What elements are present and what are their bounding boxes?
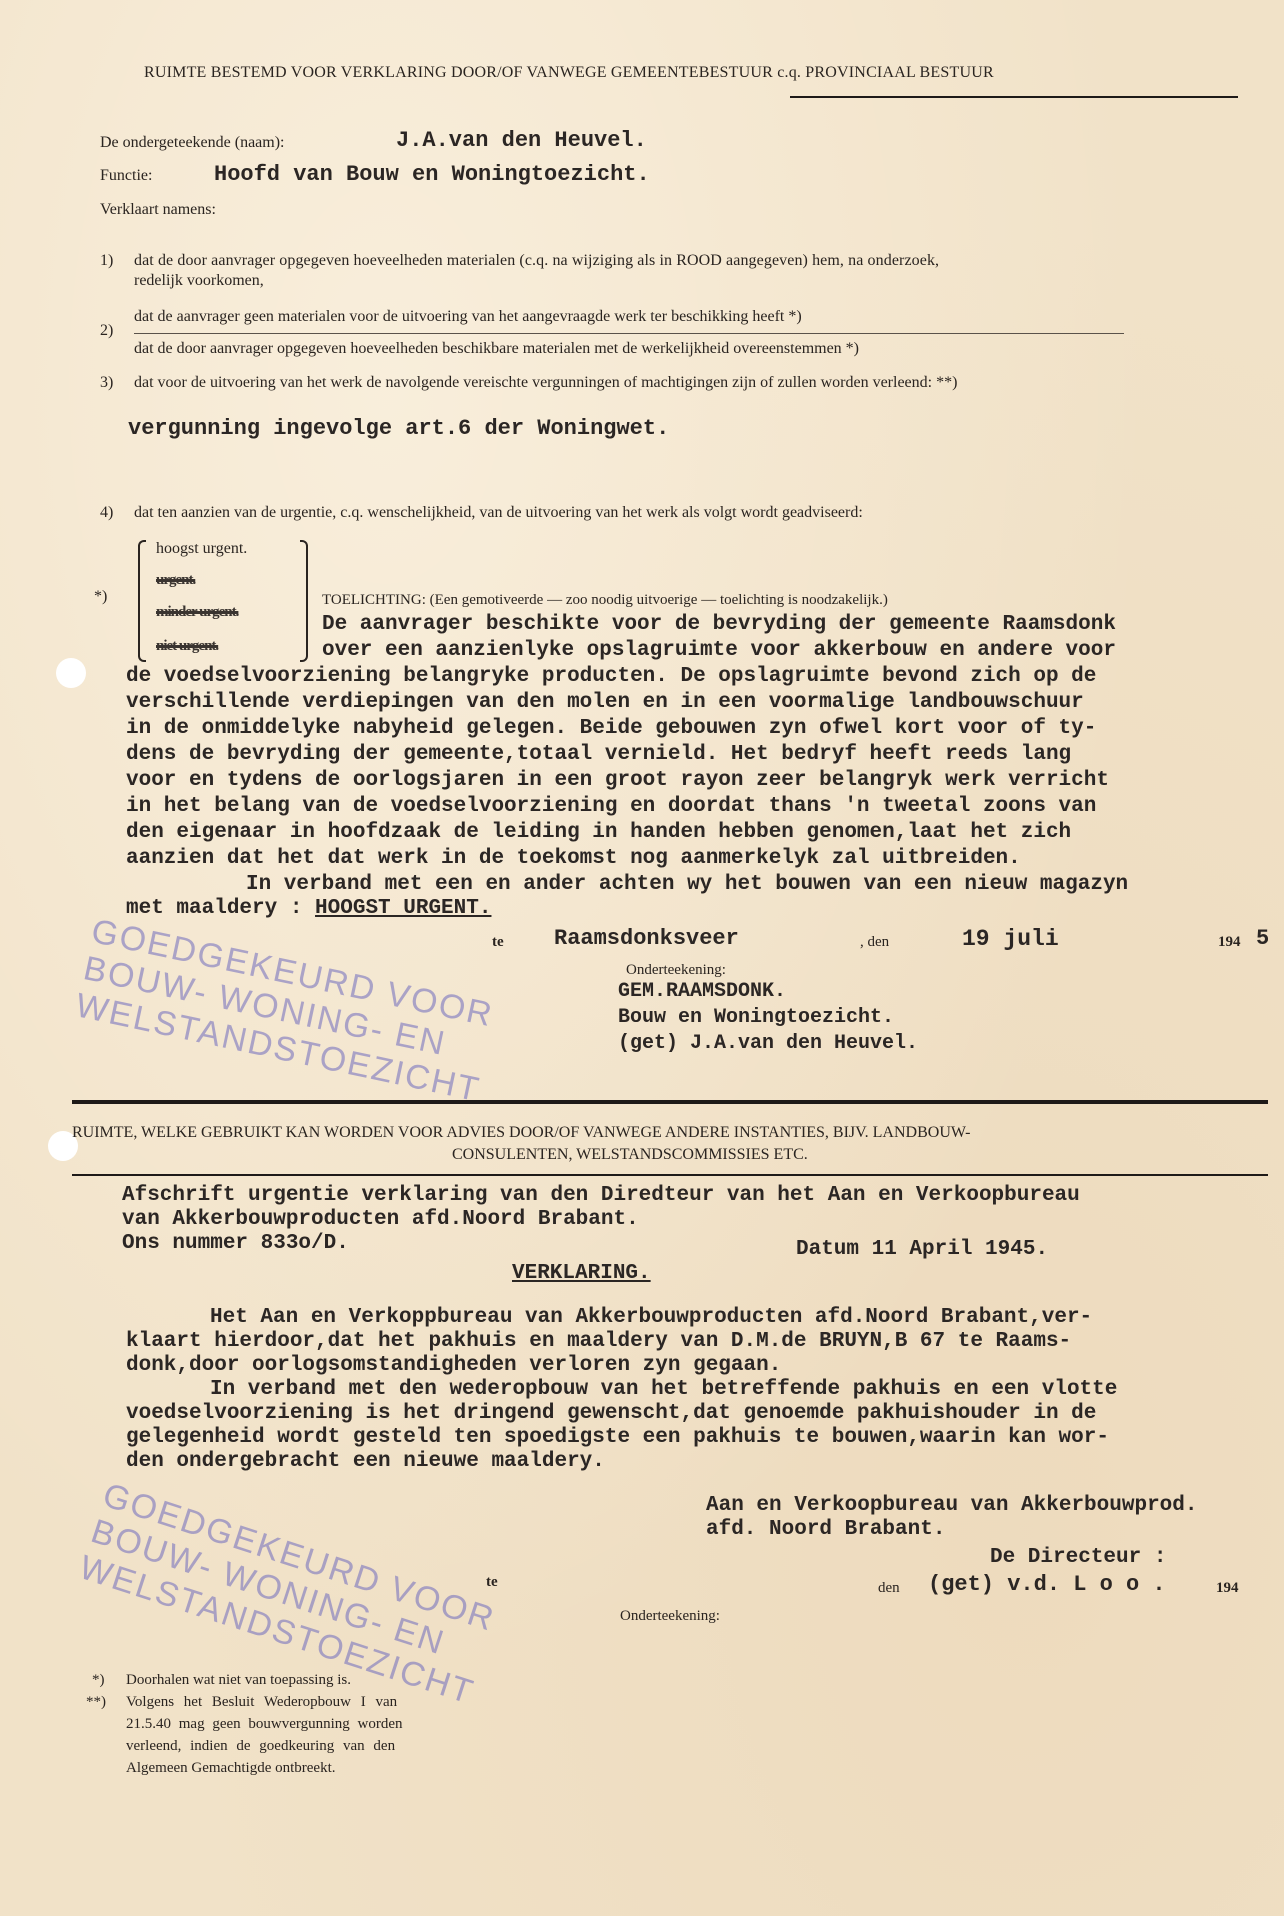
year-suffix: 5 xyxy=(1256,926,1269,951)
letter-date: Datum 11 April 1945. xyxy=(796,1238,1048,1262)
section1-header: RUIMTE BESTEMD VOOR VERKLARING DOOR/OF V… xyxy=(144,64,994,82)
item1-number: 1) xyxy=(100,252,113,270)
reference-number: Ons nummer 833o/D. xyxy=(122,1232,349,1256)
declaration-line: voedselvoorziening is het dringend gewen… xyxy=(126,1402,1096,1426)
urgency-option-less-urgent: minder urgent. xyxy=(156,604,238,620)
footnote-text: Volgens het Besluit Wederopbouw I van xyxy=(126,1694,397,1711)
declaration-line: In verband met den wederopbouw van het b… xyxy=(210,1378,1117,1402)
section-divider xyxy=(72,1100,1268,1104)
header-underline xyxy=(790,96,1238,98)
urgency-option-highest: hoogst urgent. xyxy=(156,540,247,558)
signature-line: GEM.RAAMSDONK. xyxy=(618,980,786,1004)
item4-number: 4) xyxy=(100,504,113,522)
explanation-line: dens de bevryding der gemeente,totaal ve… xyxy=(126,742,1071,768)
place-label-2: te xyxy=(486,1574,498,1591)
urgency-option-not-struck: niet urgent. xyxy=(156,638,218,655)
explanation-line: voor en tydens de oorlogsjaren in een gr… xyxy=(126,768,1109,794)
date-label-2: den xyxy=(878,1580,900,1597)
explanation-line: in het belang van de voedselvoorziening … xyxy=(126,794,1096,820)
explanation-line: de voedselvoorziening belangryke product… xyxy=(126,664,1096,690)
name-value: J.A.van den Heuvel. xyxy=(396,128,647,153)
signature-line: (get) J.A.van den Heuvel. xyxy=(618,1032,918,1056)
footnote-text: Algemeen Gemachtigde ontbreekt. xyxy=(126,1760,336,1777)
copy-intro-line: van Akkerbouwproducten afd.Noord Brabant… xyxy=(122,1208,639,1232)
date-value: 19 juli xyxy=(962,926,1059,952)
section2-header-line2: CONSULENTEN, WELSTANDSCOMMISSIES ETC. xyxy=(452,1146,808,1164)
urgency-option-urgent-struck: urgent. xyxy=(156,572,195,589)
right-brace xyxy=(300,540,308,662)
declaration-line: den ondergebracht een nieuwe maaldery. xyxy=(126,1450,605,1474)
declaration-title: VERKLARING. xyxy=(512,1262,651,1286)
year-prefix-2: 194 xyxy=(1216,1580,1239,1597)
approval-stamp: GOEDGEKEURD VOOR BOUW- WONING- EN WELSTA… xyxy=(72,912,499,1109)
on-behalf-label: Verklaart namens: xyxy=(100,201,216,219)
item1-text-cont: redelijk voorkomen, xyxy=(134,272,264,290)
conclusion-prefix: met maaldery : xyxy=(126,897,315,920)
explanation-line: in de onmiddelyke nabyheid gelegen. Beid… xyxy=(126,716,1096,742)
explanation-line: aanzien dat het dat werk in de toekomst … xyxy=(126,846,1021,872)
explanation-line: verschillende verdiepingen van den molen… xyxy=(126,690,1084,716)
explanation-line: den eigenaar in hoofdzaak de leiding in … xyxy=(126,820,1071,846)
footnote-marker: **) xyxy=(86,1694,106,1711)
place-label: te xyxy=(492,934,504,951)
footnote-text: Doorhalen wat niet van toepassing is. xyxy=(126,1672,351,1689)
item1-text: dat de door aanvrager opgegeven hoeveelh… xyxy=(134,252,939,270)
footnote-text: verleend, indien de goedkeuring van den xyxy=(126,1738,395,1755)
copy-intro-line: Afschrift urgentie verklaring van den Di… xyxy=(122,1184,1080,1208)
date-label: , den xyxy=(860,934,889,951)
item3-number: 3) xyxy=(100,374,113,392)
function-label: Functie: xyxy=(100,167,152,185)
function-value: Hoofd van Bouw en Woningtoezicht. xyxy=(214,162,650,187)
declaration-line: Het Aan en Verkoppbureau van Akkerbouwpr… xyxy=(210,1306,1092,1330)
item4-text: dat ten aanzien van de urgentie, c.q. we… xyxy=(134,504,863,522)
explanation-line: In verband met een en ander achten wy he… xyxy=(246,872,1128,898)
place-value: Raamsdonksveer xyxy=(554,926,739,951)
conclusion-value: HOOGST URGENT. xyxy=(315,897,491,920)
item2-option-b: dat de door aanvrager opgegeven hoeveelh… xyxy=(134,340,859,358)
left-brace xyxy=(138,540,146,662)
item2-divider xyxy=(134,333,1124,334)
sender-line: afd. Noord Brabant. xyxy=(706,1518,945,1542)
director-signature: (get) v.d. L o o . xyxy=(928,1572,1166,1597)
footnote-marker: *) xyxy=(92,1672,105,1689)
item2-option-a: dat de aanvrager geen materialen voor de… xyxy=(134,308,802,326)
explanation-label: TOELICHTING: (Een gemotiveerde — zoo noo… xyxy=(322,592,888,609)
signature-line: Bouw en Woningtoezicht. xyxy=(618,1006,894,1030)
punch-hole xyxy=(56,658,86,688)
urgency-footnote-marker: *) xyxy=(94,588,107,606)
explanation-line: over een aanzienlyke opslagruimte voor a… xyxy=(322,638,1116,664)
item2-number: 2) xyxy=(100,322,113,340)
urgency-option-urgent: urgent. xyxy=(156,572,195,588)
director-label: De Directeur : xyxy=(990,1546,1166,1570)
section2-header-line1: RUIMTE, WELKE GEBRUIKT KAN WORDEN VOOR A… xyxy=(72,1124,970,1142)
explanation-line: De aanvrager beschikte voor de bevryding… xyxy=(322,612,1116,638)
declaration-line: klaart hierdoor,dat het pakhuis en maald… xyxy=(126,1330,1071,1354)
conclusion-line: met maaldery : HOOGST URGENT. xyxy=(126,896,491,922)
declaration-line: gelegenheid wordt gesteld ten spoedigste… xyxy=(126,1426,1109,1450)
signature-label-2: Onderteekening: xyxy=(620,1608,720,1625)
urgency-option-not-urgent: niet urgent. xyxy=(156,638,218,654)
permit-value: vergunning ingevolge art.6 der Woningwet… xyxy=(128,416,669,441)
signature-label: Onderteekening: xyxy=(626,962,726,979)
item3-text: dat voor de uitvoering van het werk de n… xyxy=(134,374,957,392)
urgency-option-less-struck: minder urgent. xyxy=(156,604,238,621)
document-page: RUIMTE BESTEMD VOOR VERKLARING DOOR/OF V… xyxy=(0,0,1284,1916)
section-divider xyxy=(72,1174,1268,1176)
footnote-text: 21.5.40 mag geen bouwvergunning worden xyxy=(126,1716,403,1733)
year-prefix: 194 xyxy=(1218,934,1241,951)
sender-line: Aan en Verkoopbureau van Akkerbouwprod. xyxy=(706,1494,1197,1518)
name-label: De ondergeteekende (naam): xyxy=(100,134,285,152)
declaration-line: donk,door oorlogsomstandigheden verloren… xyxy=(126,1354,781,1378)
